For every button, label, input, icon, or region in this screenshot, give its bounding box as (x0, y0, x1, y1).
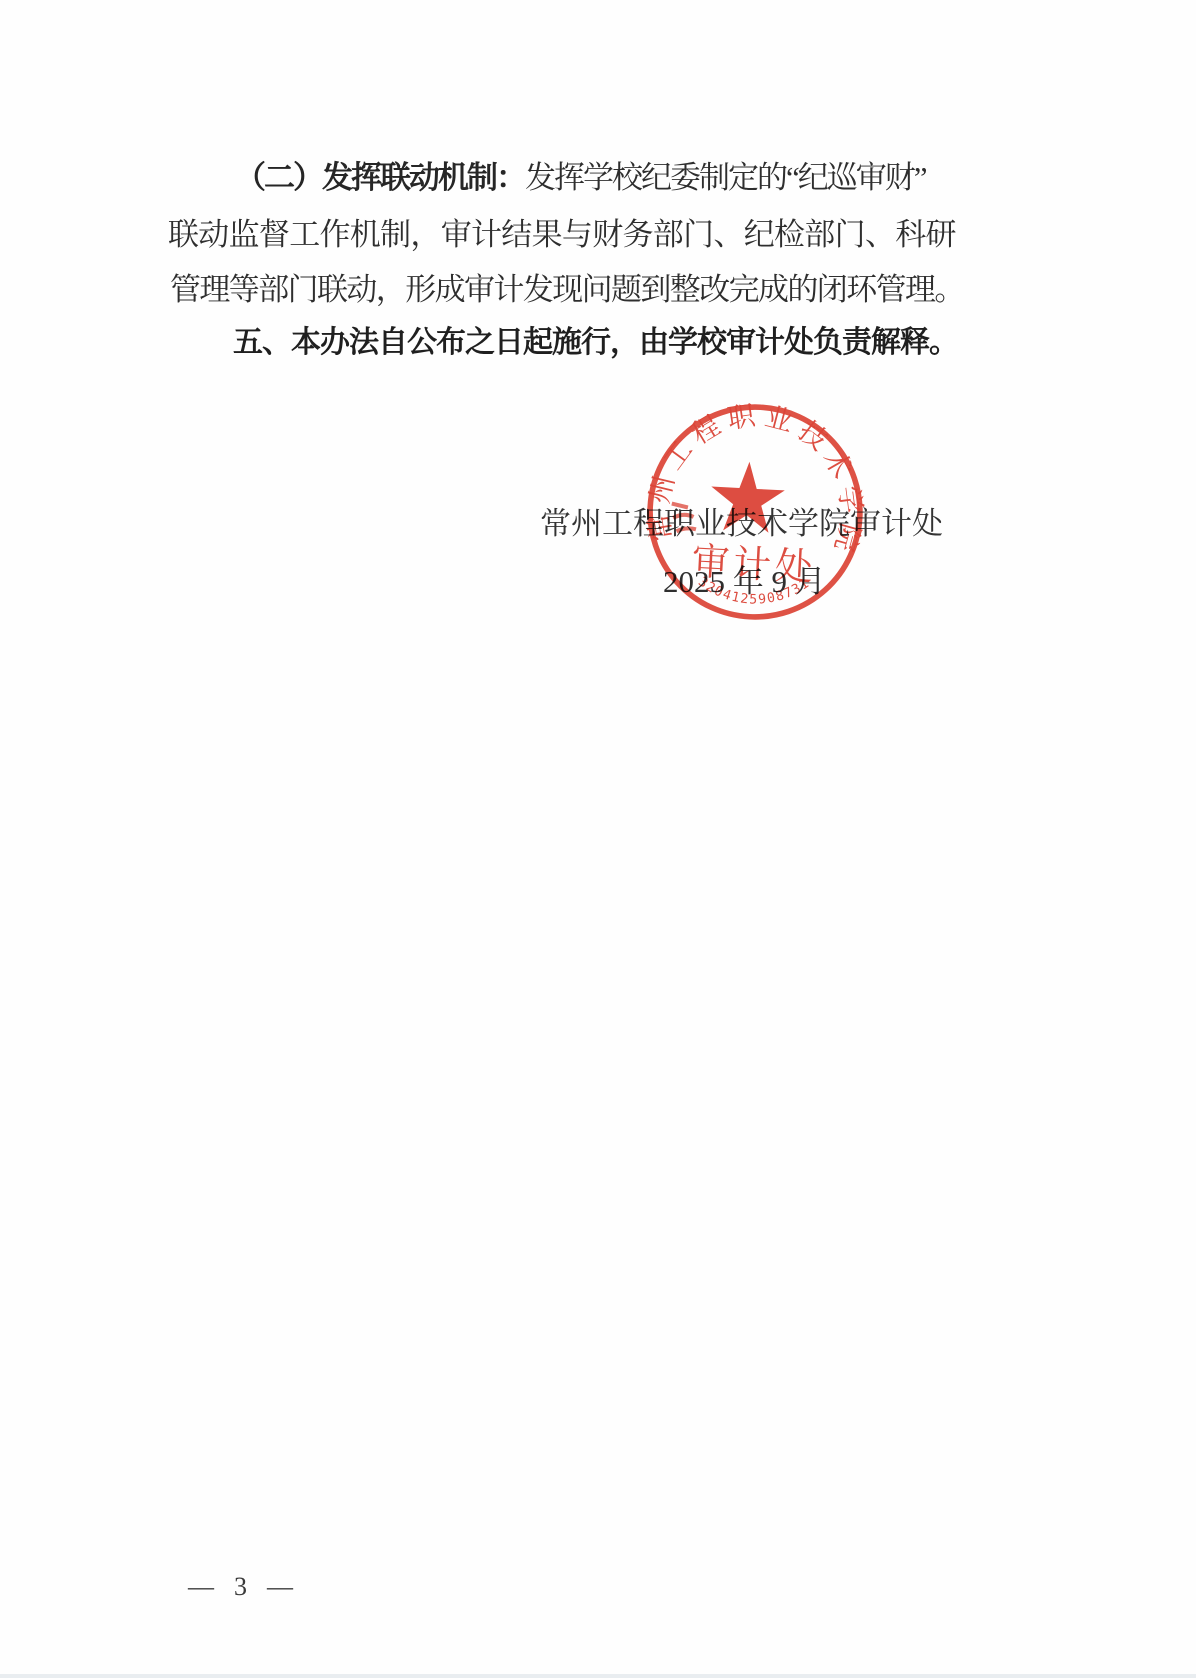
seal-arc-text: 常州工程职业技术学院 (641, 396, 871, 555)
page-number-dash-left: — (188, 1572, 216, 1601)
document-page: （二）发挥联动机制：发挥学校纪委制定的“纪巡审财” 联动监督工作机制，审计结果与… (0, 0, 1196, 1678)
paragraph-line-1: （二）发挥联动机制：发挥学校纪委制定的“纪巡审财” (235, 152, 926, 197)
page-number: —3— (188, 1572, 295, 1602)
official-seal: 常州工程职业技术学院 审计处 3204125908731 (639, 396, 870, 627)
page-number-dash-right: — (267, 1572, 295, 1601)
page-number-value: 3 (216, 1572, 267, 1601)
paragraph-line-3: 管理等部门联动，形成审计发现问题到整改完成的闭环管理。 (170, 264, 964, 309)
paragraph-line-2: 联动监督工作机制，审计结果与财务部门、纪检部门、科研 (168, 209, 956, 254)
closing-clause: 五、本办法自公布之日起施行，由学校审计处负责解释。 (233, 317, 958, 361)
star-icon (709, 460, 786, 534)
paragraph-line-1-text: 发挥学校纪委制定的“纪巡审财” (525, 160, 926, 195)
paragraph-lead-in: （二）发挥联动机制： (235, 160, 525, 195)
scan-edge-shadow (0, 1674, 1196, 1678)
